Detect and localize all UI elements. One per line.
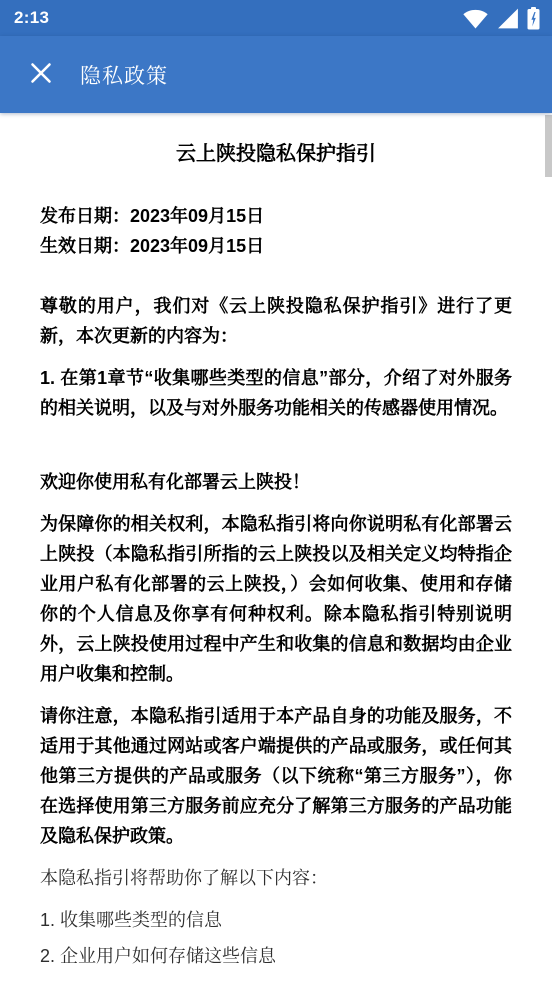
document-title: 云上陕投隐私保护指引 — [40, 141, 512, 167]
policy-paragraph: 1. 在第1章节“收集哪些类型的信息”部分，介绍了对外服务的相关说明，以及与对外… — [40, 363, 512, 423]
status-icons — [462, 7, 540, 30]
privacy-policy-document[interactable]: 云上陕投隐私保护指引 发布日期：2023年09月15日 生效日期：2023年09… — [0, 113, 552, 983]
policy-toc-item: 1. 收集哪些类型的信息 — [40, 905, 512, 935]
close-icon — [28, 60, 54, 89]
scrollbar-thumb[interactable] — [545, 115, 552, 177]
battery-charging-icon — [527, 7, 540, 30]
app-screen: 2:13 — [0, 0, 552, 983]
cellular-signal-icon — [497, 8, 519, 29]
app-bar: 隐私政策 — [0, 36, 552, 113]
policy-paragraph: 请你注意，本隐私指引适用于本产品自身的功能及服务，不适用于其他通过网站或客户端提… — [40, 701, 512, 851]
page-title: 隐私政策 — [80, 60, 168, 90]
status-bar: 2:13 — [0, 0, 552, 36]
release-date: 发布日期：2023年09月15日 — [40, 201, 512, 231]
status-time: 2:13 — [14, 8, 49, 28]
document-dates: 发布日期：2023年09月15日 生效日期：2023年09月15日 — [40, 201, 512, 261]
policy-paragraph: 本隐私指引将帮助你了解以下内容： — [40, 863, 512, 893]
policy-toc-item: 2. 企业用户如何存储这些信息 — [40, 941, 512, 971]
effective-date: 生效日期：2023年09月15日 — [40, 231, 512, 261]
close-button[interactable] — [24, 58, 58, 92]
wifi-icon — [462, 8, 489, 29]
policy-paragraph: 尊敬的用户，我们对《云上陕投隐私保护指引》进行了更新，本次更新的内容为： — [40, 291, 512, 351]
policy-paragraph: 为保障你的相关权利，本隐私指引将向你说明私有化部署云上陕投（本隐私指引所指的云上… — [40, 509, 512, 689]
policy-paragraph: 欢迎你使用私有化部署云上陕投！ — [40, 467, 512, 497]
